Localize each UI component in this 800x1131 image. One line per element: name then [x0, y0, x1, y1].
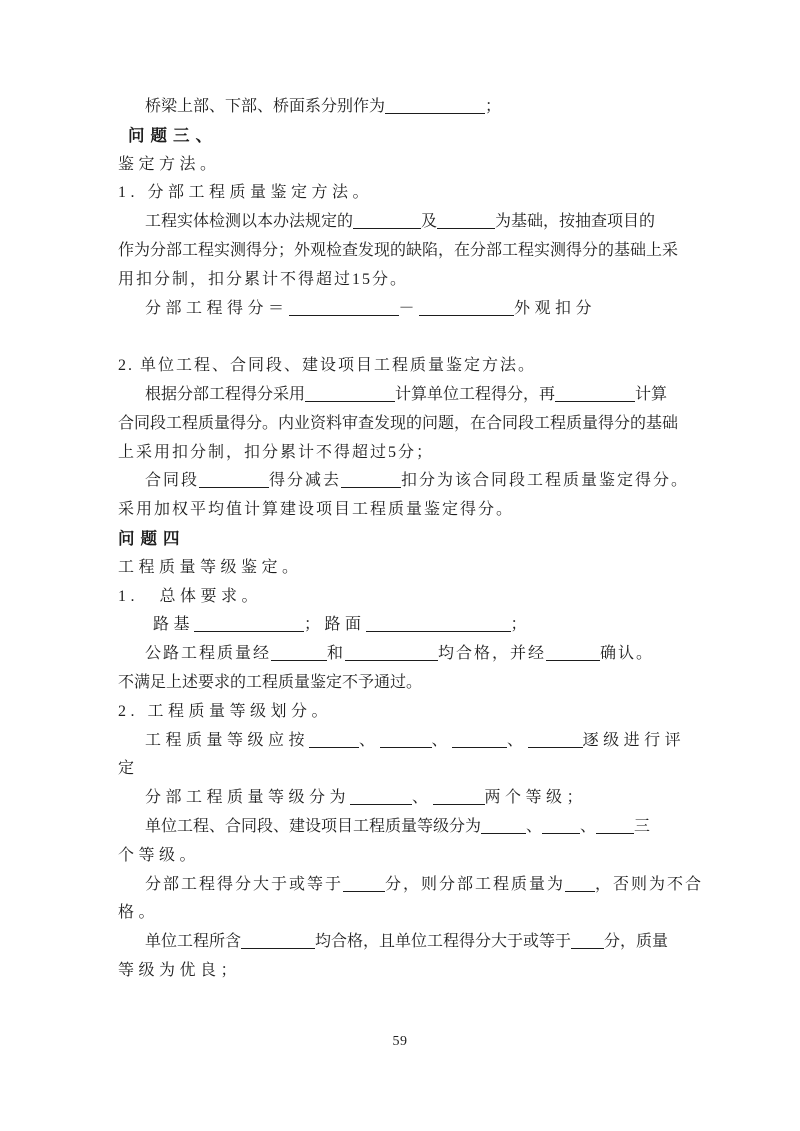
text-segment: 逐级进行评	[583, 732, 686, 749]
blank-underline	[555, 386, 635, 402]
text-segment: 、	[432, 732, 453, 749]
text-segment: 扣分为该合同段工程质量鉴定得分。	[401, 472, 689, 489]
text-line: 1. 分部工程质量鉴定方法。	[118, 179, 685, 208]
blank-underline	[419, 300, 514, 316]
text-segment: 、	[526, 818, 542, 835]
blank-underline	[345, 645, 438, 661]
blank-underline	[341, 472, 401, 488]
text-line: 格。	[118, 899, 685, 928]
text-line: 2. 工程质量等级划分。	[118, 698, 685, 727]
text-segment: 工程质量等级应按	[145, 732, 309, 749]
text-line: 采用加权平均值计算建设项目工程质量鉴定得分。	[118, 496, 685, 525]
text-segment: ，否则为不合	[595, 876, 703, 893]
blank-underline	[241, 933, 315, 949]
blank-underline	[271, 645, 327, 661]
text-line: 单位工程所含均合格，且单位工程得分大于或等于分，质量	[118, 928, 685, 957]
text-segment: 个等级。	[118, 847, 200, 864]
text-segment: 分部工程质量等级分为	[145, 789, 350, 806]
text-segment: －	[399, 300, 420, 317]
text-line: 鉴定方法。	[118, 151, 685, 180]
text-line: 用扣分制，扣分累计不得超过15分。	[118, 266, 685, 295]
text-segment: ；路面	[304, 616, 366, 633]
section-heading: 问题三、	[118, 122, 685, 151]
blank-underline	[542, 818, 580, 834]
blank-underline	[571, 933, 604, 949]
text-line: 分部工程质量等级分为、两个等级；	[118, 784, 685, 813]
blank-underline	[309, 732, 359, 748]
text-line: 工程质量等级应按、、、逐级进行评	[118, 727, 685, 756]
text-segment: 根据分部工程得分采用	[145, 386, 305, 403]
text-segment: 两个等级；	[485, 789, 588, 806]
text-segment: 单位工程、合同段、建设项目工程质量等级分为	[145, 818, 481, 835]
text-line: 根据分部工程得分采用计算单位工程得分，再计算	[118, 381, 685, 410]
blank-underline	[452, 732, 507, 748]
blank-underline	[546, 645, 600, 661]
text-line: 分部工程得分＝－外观扣分	[118, 295, 685, 324]
blank-underline	[199, 472, 269, 488]
text-line: 工程实体检测以本办法规定的及为基础，按抽查项目的	[118, 208, 685, 237]
blank-underline	[481, 818, 526, 834]
text-segment: 、	[359, 732, 380, 749]
blank-underline	[565, 876, 595, 892]
blank-underline	[380, 732, 432, 748]
blank-underline	[305, 386, 395, 402]
text-segment: 单位工程所含	[145, 933, 241, 950]
text-segment: 采用加权平均值计算建设项目工程质量鉴定得分。	[118, 501, 514, 518]
text-segment: 等级为优良；	[118, 962, 241, 979]
text-line: 作为分部工程实测得分；外观检查发现的缺陷，在分部工程实测得分的基础上采	[118, 237, 685, 266]
text-line: 合同段工程质量得分。内业资料审查发现的问题，在合同段工程质量得分的基础	[118, 410, 685, 439]
text-segment: 均合格，并经	[438, 645, 546, 662]
text-line	[118, 323, 685, 352]
text-segment: 2. 单位工程、合同段、建设项目工程质量鉴定方法。	[118, 357, 536, 374]
blank-underline	[350, 789, 412, 805]
text-segment: 分，质量	[604, 933, 668, 950]
blank-underline	[385, 98, 485, 114]
text-segment: 定	[118, 760, 139, 777]
text-segment: 外观扣分	[514, 300, 596, 317]
text-segment: ；	[485, 98, 501, 115]
blank-underline	[596, 818, 634, 834]
text-segment: 作为分部工程实测得分；外观检查发现的缺陷，在分部工程实测得分的基础上采	[118, 242, 678, 259]
section-heading: 问题四	[118, 525, 685, 554]
text-segment: 不满足上述要求的工程质量鉴定不予通过。	[118, 674, 422, 691]
text-segment: 合同段工程质量得分。内业资料审查发现的问题，在合同段工程质量得分的基础	[118, 415, 678, 432]
text-line: 定	[118, 755, 685, 784]
text-line: 2. 单位工程、合同段、建设项目工程质量鉴定方法。	[118, 352, 685, 381]
text-segment: 分，则分部工程质量为	[385, 876, 565, 893]
text-segment: 问题四	[118, 529, 186, 548]
text-segment: 、	[580, 818, 596, 835]
text-line: 等级为优良；	[118, 957, 685, 986]
document-content: 桥梁上部、下部、桥面系分别作为；问题三、鉴定方法。1. 分部工程质量鉴定方法。工…	[118, 93, 685, 986]
text-line: 不满足上述要求的工程质量鉴定不予通过。	[118, 669, 685, 698]
text-segment: 均合格，且单位工程得分大于或等于	[315, 933, 571, 950]
text-segment: 问题三、	[128, 126, 218, 145]
text-segment: 分部工程得分大于或等于	[145, 876, 343, 893]
text-segment: 为基础，按抽查项目的	[495, 213, 655, 230]
text-segment: 和	[327, 645, 345, 662]
blank-underline	[528, 732, 583, 748]
text-segment: 用扣分制，扣分累计不得超过15分。	[118, 271, 408, 288]
text-segment: 工程质量等级鉴定。	[118, 559, 303, 576]
text-segment: 公路工程质量经	[145, 645, 271, 662]
text-line: 单位工程、合同段、建设项目工程质量等级分为、、三	[118, 813, 685, 842]
text-segment: 、	[412, 789, 433, 806]
text-line: 公路工程质量经和均合格，并经确认。	[118, 640, 685, 669]
page-number: 59	[0, 1034, 800, 1050]
blank-underline	[343, 876, 385, 892]
text-line: 桥梁上部、下部、桥面系分别作为；	[118, 93, 685, 122]
text-segment: 分部工程得分＝	[145, 300, 289, 317]
text-segment: 路基	[153, 616, 194, 633]
blank-underline	[433, 789, 485, 805]
blank-underline	[366, 616, 511, 632]
blank-underline	[353, 213, 421, 229]
document-page: { "page": { "number": "59", "background"…	[0, 0, 800, 1131]
text-segment: 上采用扣分制，扣分累计不得超过5分；	[118, 444, 434, 461]
blank-underline	[289, 300, 399, 316]
blank-underline	[194, 616, 304, 632]
text-line: 个等级。	[118, 842, 685, 871]
text-segment: 桥梁上部、下部、桥面系分别作为	[145, 98, 385, 115]
text-segment: 计算	[635, 386, 667, 403]
text-line: 上采用扣分制，扣分累计不得超过5分；	[118, 439, 685, 468]
text-segment: 1. 分部工程质量鉴定方法。	[118, 184, 373, 201]
text-segment: 、	[507, 732, 528, 749]
text-segment: 格。	[118, 904, 159, 921]
text-line: 工程质量等级鉴定。	[118, 554, 685, 583]
text-segment: 及	[421, 213, 437, 230]
text-line: 路基；路面；	[118, 611, 685, 640]
text-segment: 鉴定方法。	[118, 156, 221, 173]
text-segment: 三	[634, 818, 650, 835]
text-segment: 1. 总体要求。	[118, 588, 262, 605]
blank-underline	[437, 213, 495, 229]
text-segment: ；	[511, 616, 532, 633]
text-segment: 合同段	[145, 472, 199, 489]
text-segment: 工程实体检测以本办法规定的	[145, 213, 353, 230]
text-segment: 确认。	[600, 645, 654, 662]
text-segment: 得分减去	[269, 472, 341, 489]
text-line: 1. 总体要求。	[118, 583, 685, 612]
text-segment: 2. 工程质量等级划分。	[118, 703, 332, 720]
text-line: 分部工程得分大于或等于分，则分部工程质量为，否则为不合	[118, 871, 685, 900]
text-line: 合同段得分减去扣分为该合同段工程质量鉴定得分。	[118, 467, 685, 496]
text-segment: 计算单位工程得分，再	[395, 386, 555, 403]
